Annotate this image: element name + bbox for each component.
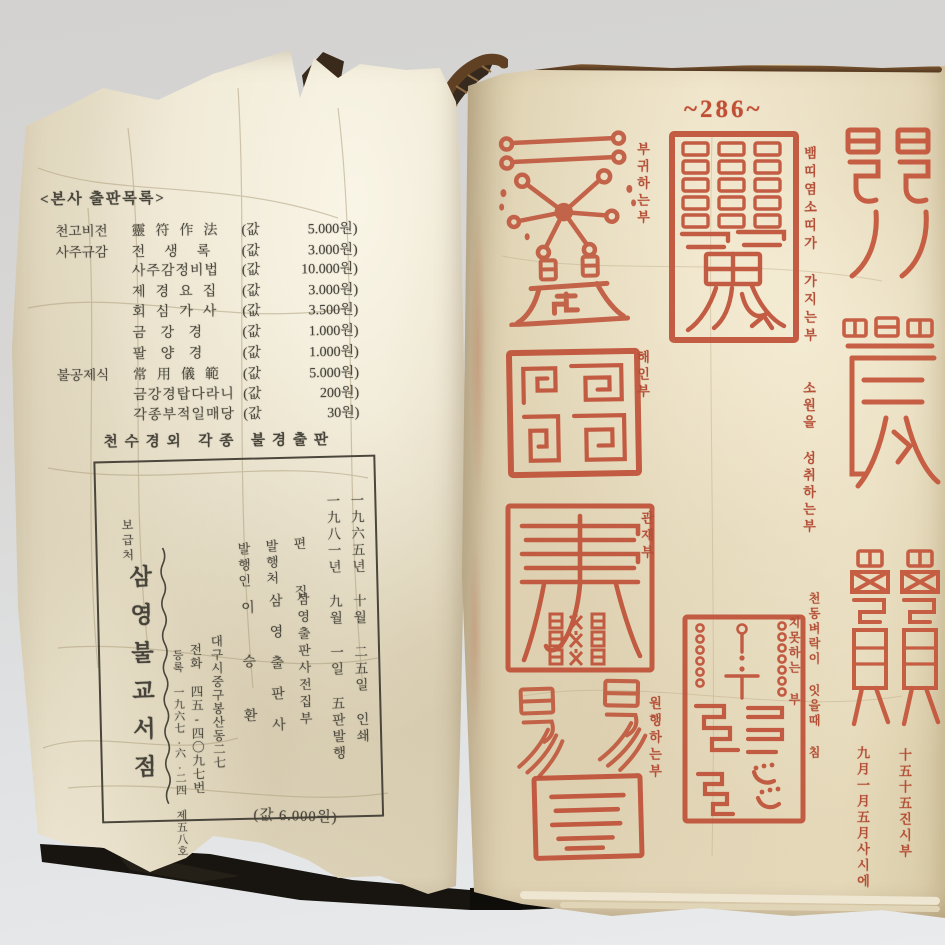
talisman-maze-seal-icon: [505, 347, 643, 479]
publisher-person-value: 이승환: [239, 600, 257, 762]
price-value: 3.000원): [308, 279, 358, 300]
talisman-ghost-seal-icon: [668, 130, 800, 344]
registration-number: 등록 一九六七.六.二四 제五八호: [171, 649, 187, 857]
colophon-box: 一九六五년 十월 二五일 인쇄 一九八一년 九월 一일 五판발행 편 집 삼영출…: [93, 455, 384, 824]
book-photo: <본사 출판목록> 천고비전 靈 符 作 法 (값5.000원) 사주규감 전 …: [0, 0, 945, 945]
list-row: 천고비전 靈 符 作 法 (값5.000원): [55, 217, 357, 241]
talisman-label-wealth: 부귀하는부: [636, 142, 649, 227]
talisman-edge-seal-bottom-icon: [838, 314, 942, 502]
publisher-person-label: 발행인: [236, 542, 250, 590]
row-title: 사주감정비법: [132, 259, 242, 280]
talisman-label-wish: 소원을 성취하는부: [802, 381, 815, 536]
left-page-content: <본사 출판목록> 천고비전 靈 符 作 法 (값5.000원) 사주규감 전 …: [4, 46, 475, 903]
price-value: 1.000원): [309, 340, 359, 361]
row-title: 팔 양 경: [133, 342, 243, 363]
row-category: [57, 337, 133, 338]
ink-bleed-mark: [470, 206, 486, 506]
print-date: 一九六五년 十월 二五일 인쇄: [349, 493, 369, 745]
distributor-value: 삼영불교서점: [127, 564, 156, 792]
list-row: 각종부적일매당 (값30원): [57, 402, 359, 426]
publisher-office-value: 삼영출판사: [267, 593, 285, 748]
price-value: 30원): [327, 402, 359, 422]
price-label: (값: [242, 300, 260, 320]
talisman-date-note-1: 十五十五진시부: [898, 748, 911, 860]
page-number: ~286~: [684, 96, 763, 124]
talisman-edge-seal-top-icon: [840, 122, 944, 292]
row-category: [56, 296, 132, 297]
row-category: 사주규감: [56, 240, 132, 261]
price-label: (값: [242, 321, 260, 341]
book-price-note: (값 6.000원): [253, 803, 338, 827]
price-value: 3.500원): [308, 299, 358, 320]
edition-date: 一九八一년 九월 一일 五판발행: [325, 494, 345, 763]
price-label: (값: [243, 363, 261, 383]
row-category: [57, 358, 133, 359]
price-label: (값: [243, 383, 261, 403]
ink-bleed-mark: [468, 536, 482, 736]
publication-list-title: <본사 출판목록>: [40, 187, 166, 209]
publication-price-list: 천고비전 靈 符 作 法 (값5.000원) 사주규감 전 생 록 (값3.00…: [55, 217, 359, 426]
price-label: (값: [241, 219, 259, 239]
row-title: 靈 符 作 法: [131, 219, 241, 240]
left-page: <본사 출판목록> 천고비전 靈 符 作 法 (값5.000원) 사주규감 전 …: [8, 48, 470, 900]
talisman-label-zodiac: 뱀띠염소띠가 가지는부: [803, 146, 816, 346]
price-value: 5.000원): [308, 218, 358, 239]
price-label: (값: [243, 341, 261, 361]
talisman-star-icon: [492, 127, 643, 328]
talisman-label-haein: 해인부: [636, 350, 649, 401]
row-title: 회 심 가 사: [132, 300, 242, 321]
row-title: 전 생 록: [132, 240, 242, 261]
distributor-label: 보급처: [121, 519, 134, 564]
price-value: 5.000원): [309, 362, 359, 383]
publisher-phone: 전화 四五-四〇九七번: [188, 643, 204, 795]
talisman-label-thunder-2: 치못하는 부: [788, 616, 800, 708]
list-row: 팔 양 경 (값1.000원): [57, 340, 359, 364]
price-value: 1.000원): [309, 320, 359, 341]
talisman-yi-glyph-icon: [591, 675, 653, 772]
right-page: ~286~: [462, 56, 945, 918]
price-label: (값: [242, 259, 260, 279]
row-category: 불공제식: [57, 363, 133, 384]
talisman-bar-box-icon: [531, 773, 645, 862]
row-title: 常 用 儀 範: [133, 363, 243, 384]
talisman-label-lawsuit: 관재부: [640, 511, 653, 562]
talisman-date-note-2: 九月一月五月사시에: [856, 746, 869, 890]
price-label: (값: [242, 280, 260, 300]
row-category: [56, 275, 132, 276]
row-category: [57, 399, 133, 400]
talisman-yi-glyph-icon: [508, 683, 569, 779]
publisher-office-label: 발행처: [264, 539, 278, 587]
publisher-address: 대구시중구봉산동二七: [209, 634, 225, 769]
row-title: 각종부적일매당: [133, 403, 243, 424]
row-category: [57, 419, 133, 420]
row-title: 제 경 요 집: [132, 280, 242, 301]
talisman-label-journey: 원행하는부: [648, 696, 661, 781]
price-value: 10.000원): [301, 258, 358, 279]
row-title: 금강경탑다라니: [133, 383, 243, 404]
price-value: 200원): [320, 381, 359, 401]
page-top-edge: [464, 64, 942, 73]
editor-value: 삼영출판사전집부: [296, 592, 312, 728]
row-title: 금 강 경: [132, 321, 242, 342]
row-category: 천고비전: [55, 219, 131, 240]
price-value: 3.000원): [308, 238, 358, 259]
talisman-doubled-seal-icon: [846, 548, 945, 744]
sutra-publishing-note: 천수경외 각종 불경출판: [104, 428, 336, 451]
price-label: (값: [242, 239, 260, 259]
price-label: (값: [243, 403, 261, 423]
talisman-lawsuit-seal-icon: [504, 502, 656, 674]
row-category: [56, 316, 132, 317]
talisman-label-thunder-1: 천동벼락이 잇을때 침: [808, 592, 820, 761]
